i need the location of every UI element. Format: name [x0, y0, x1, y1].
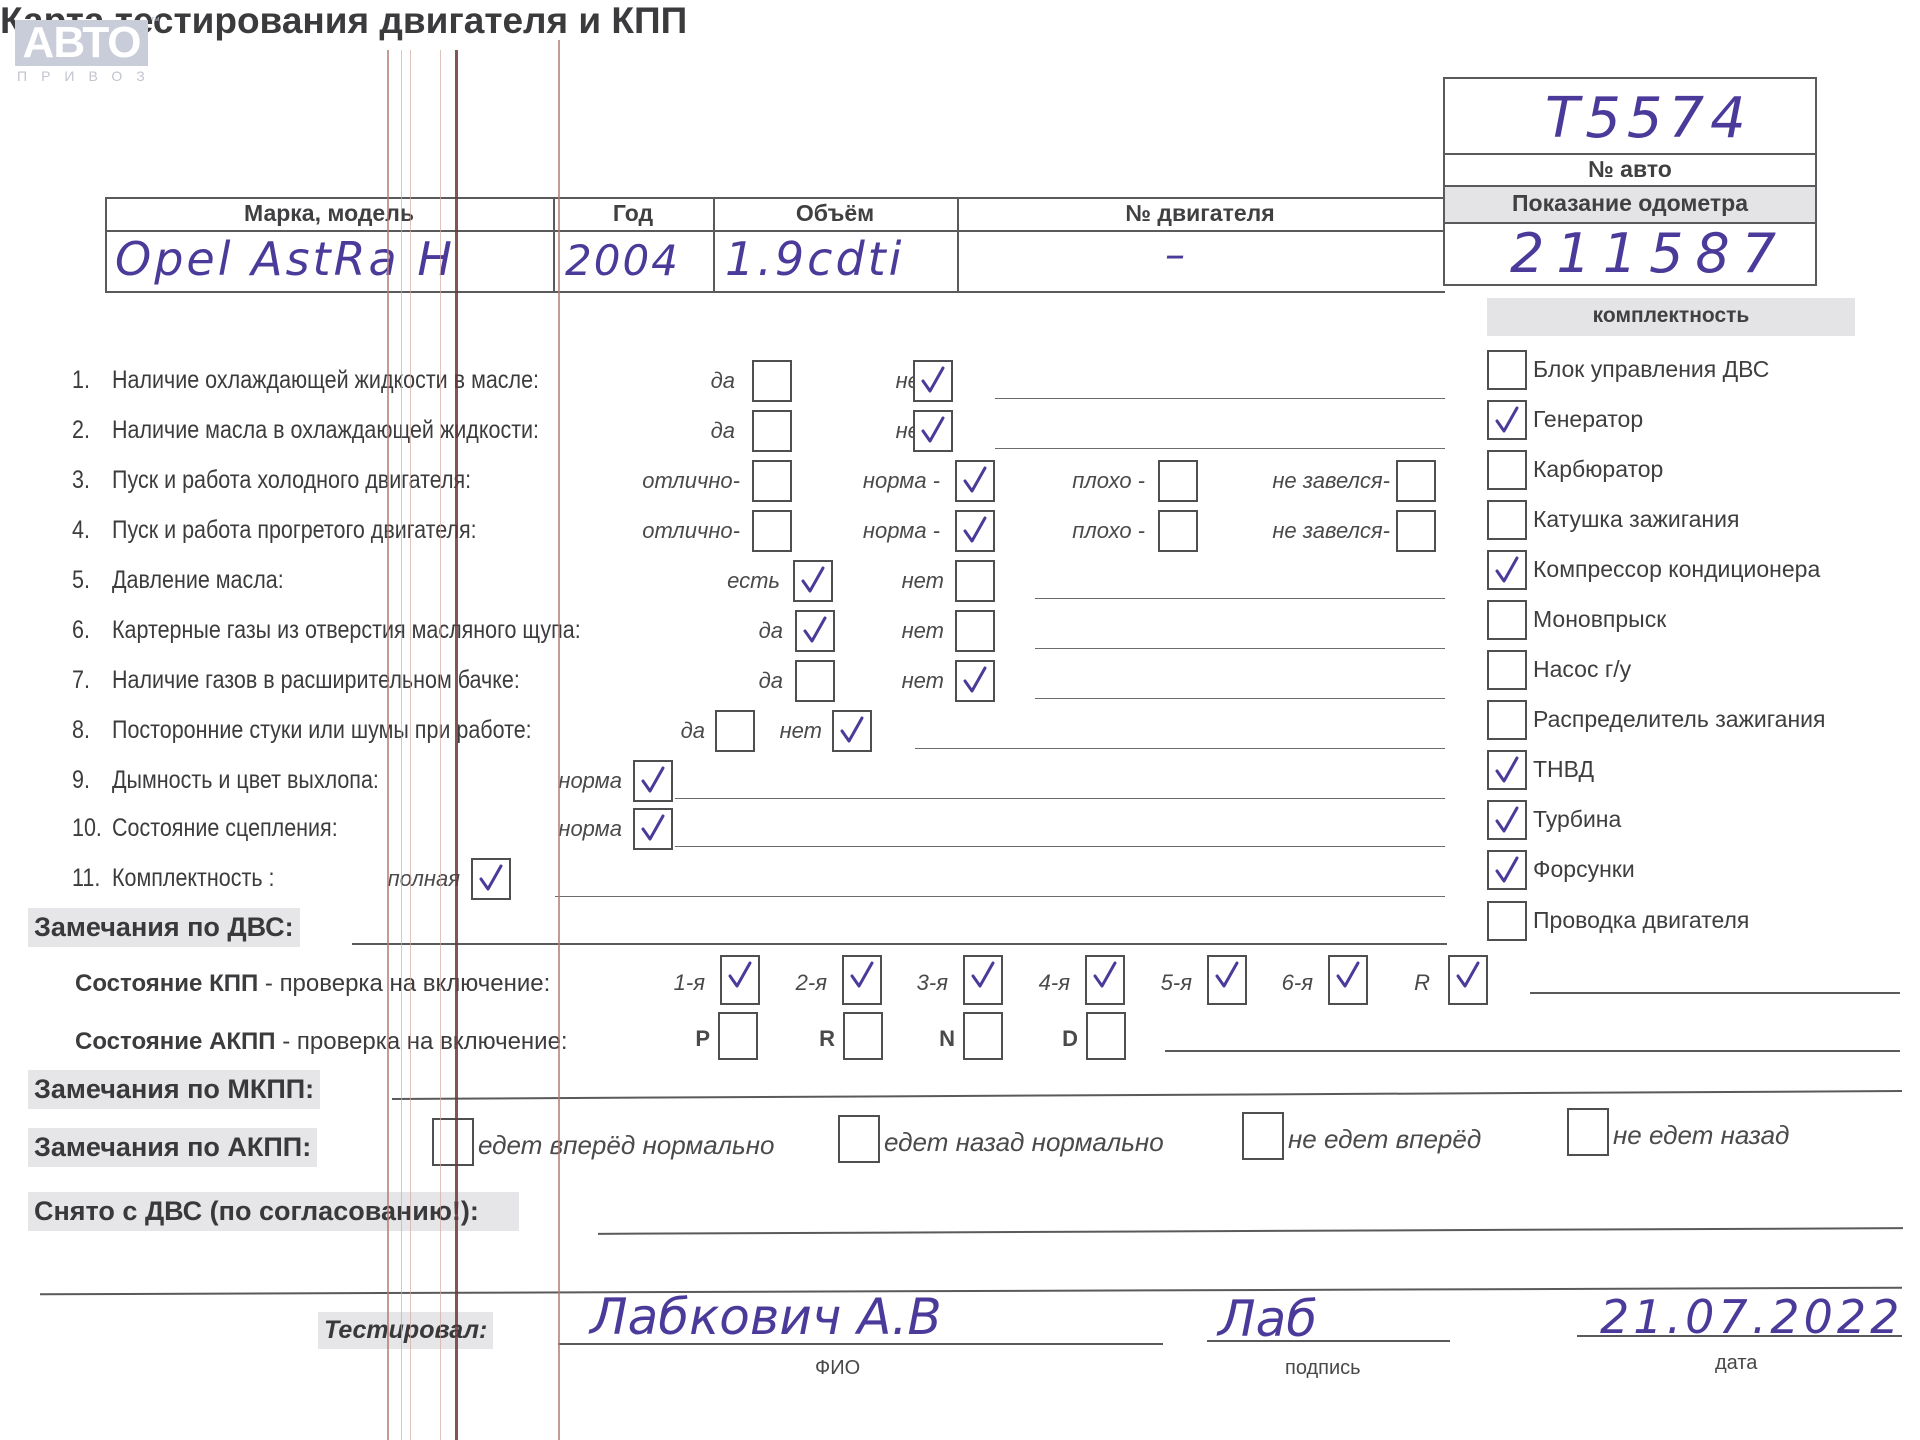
check-notes-line[interactable]	[1035, 648, 1445, 649]
completeness-checkbox[interactable]	[1487, 850, 1527, 890]
completeness-checkbox[interactable]	[1487, 600, 1527, 640]
date-caption: дата	[1715, 1352, 1757, 1375]
car-id-label: № авто	[1443, 156, 1817, 183]
checkmark-icon	[1494, 555, 1520, 585]
auto-mode-label: R	[819, 1026, 835, 1052]
check-notes-line[interactable]	[915, 748, 1445, 749]
completeness-item-label: Катушка зажигания	[1533, 506, 1739, 533]
check-option-label: отлично-	[642, 468, 740, 494]
check-notes-line[interactable]	[1035, 698, 1445, 699]
brand-logo: АВТО	[15, 20, 148, 66]
check-notes-line[interactable]	[555, 896, 1445, 897]
checkmark-icon	[478, 863, 504, 893]
check-option-label: норма -	[863, 518, 940, 544]
check-option-checkbox[interactable]	[752, 360, 792, 402]
checkmark-icon	[1494, 805, 1520, 835]
check-option-checkbox[interactable]	[955, 560, 995, 602]
mkpp-remarks-line[interactable]	[392, 1090, 1902, 1100]
check-option-checkbox[interactable]	[955, 610, 995, 652]
completeness-item-label: Распределитель зажигания	[1533, 706, 1825, 733]
check-option-checkbox[interactable]	[752, 410, 792, 452]
ice-remarks-line[interactable]	[352, 943, 1447, 945]
check-item-label: Наличие масла в охлаждающей жидкости:	[112, 416, 539, 445]
tester-name: Лабкович А.В	[590, 1288, 942, 1346]
check-notes-line[interactable]	[675, 846, 1445, 847]
gear-checkbox[interactable]	[1448, 955, 1488, 1005]
check-option-checkbox[interactable]	[1396, 510, 1436, 552]
check-item-number: 7.	[72, 666, 90, 695]
check-item-label: Давление масла:	[112, 566, 284, 595]
completeness-checkbox[interactable]	[1487, 700, 1527, 740]
trademark-mark: ™	[150, 16, 160, 27]
checkmark-icon	[1494, 755, 1520, 785]
tester-signature: Лаб	[1218, 1290, 1317, 1348]
check-option-label: плохо -	[1072, 518, 1145, 544]
check-item-number: 10.	[72, 814, 102, 843]
completeness-item-label: Форсунки	[1533, 856, 1635, 883]
gear-label: 5-я	[1161, 970, 1192, 996]
checkmark-icon	[1494, 405, 1520, 435]
year-value: 2004	[565, 236, 680, 285]
check-option-label: да	[711, 418, 735, 444]
check-option-checkbox[interactable]	[752, 510, 792, 552]
checkmark-icon	[920, 365, 946, 395]
mkpp-remarks-label: Замечания по МКПП:	[28, 1070, 320, 1109]
removed-label: Снято с ДВС (по согласованию!):	[28, 1192, 519, 1231]
auto-mode-checkbox[interactable]	[718, 1012, 758, 1060]
check-item-number: 9.	[72, 766, 90, 795]
akpp-remark-checkbox[interactable]	[1242, 1112, 1284, 1160]
checkmark-icon	[1214, 960, 1240, 990]
check-option-label: есть	[727, 568, 780, 594]
checkmark-icon	[1092, 960, 1118, 990]
ice-remarks-label: Замечания по ДВС:	[28, 908, 300, 947]
check-notes-line[interactable]	[995, 398, 1445, 399]
check-option-label: отлично-	[642, 518, 740, 544]
check-item-number: 4.	[72, 516, 90, 545]
check-option-checkbox[interactable]	[955, 460, 995, 502]
header-engine-number: № двигателя	[957, 200, 1443, 227]
check-notes-line[interactable]	[675, 798, 1445, 799]
header-make-model: Марка, модель	[105, 200, 553, 227]
check-option-checkbox[interactable]	[1396, 460, 1436, 502]
completeness-checkbox[interactable]	[1487, 350, 1527, 390]
checkmark-icon	[962, 665, 988, 695]
check-option-label: нет	[902, 568, 944, 594]
checkmark-icon	[1335, 960, 1361, 990]
check-option-checkbox[interactable]	[795, 660, 835, 702]
check-option-checkbox[interactable]	[633, 760, 673, 802]
auto-mode-checkbox[interactable]	[963, 1012, 1003, 1060]
akpp-remark-checkbox[interactable]	[838, 1115, 880, 1163]
check-item-label: Дымность и цвет выхлопа:	[112, 766, 379, 795]
check-option-checkbox[interactable]	[795, 610, 835, 652]
checkmark-icon	[1494, 855, 1520, 885]
odometer-label: Показание одометра	[1443, 190, 1817, 217]
checkmark-icon	[727, 960, 753, 990]
scan-artifact-line	[410, 50, 411, 1440]
checkmark-icon	[800, 565, 826, 595]
name-caption: ФИО	[815, 1357, 860, 1380]
completeness-checkbox[interactable]	[1487, 901, 1527, 941]
check-option-label: нет	[780, 718, 822, 744]
check-option-checkbox[interactable]	[913, 410, 953, 452]
check-option-checkbox[interactable]	[913, 360, 953, 402]
check-option-label: да	[759, 618, 783, 644]
gear-checkbox[interactable]	[963, 955, 1003, 1005]
signature-caption: подпись	[1285, 1357, 1361, 1380]
completeness-item-label: Блок управления ДВС	[1533, 356, 1769, 383]
check-notes-line[interactable]	[995, 448, 1445, 449]
check-item-number: 3.	[72, 466, 90, 495]
check-option-checkbox[interactable]	[752, 460, 792, 502]
manual-gearbox-label: Состояние КПП - проверка на включение:	[75, 970, 550, 998]
check-option-label: да	[681, 718, 705, 744]
completeness-checkbox[interactable]	[1487, 750, 1527, 790]
checkmark-icon	[1455, 960, 1481, 990]
akpp-remark-checkbox[interactable]	[1567, 1108, 1609, 1156]
auto-mode-checkbox[interactable]	[843, 1012, 883, 1060]
check-option-label: полная	[388, 866, 460, 892]
completeness-item-label: Компрессор кондиционера	[1533, 556, 1820, 583]
completeness-checkbox[interactable]	[1487, 450, 1527, 490]
completeness-title: комплектность	[1487, 304, 1855, 328]
check-item-number: 2.	[72, 416, 90, 445]
gear-label: 4-я	[1039, 970, 1070, 996]
check-item-label: Пуск и работа прогретого двигателя:	[112, 516, 477, 545]
check-option-checkbox[interactable]	[1158, 460, 1198, 502]
gear-checkbox[interactable]	[842, 955, 882, 1005]
scan-artifact-line	[440, 50, 441, 1440]
removed-line[interactable]	[598, 1227, 1903, 1235]
completeness-checkbox[interactable]	[1487, 500, 1527, 540]
check-item-number: 6.	[72, 616, 90, 645]
akpp-remarks-label: Замечания по АКПП:	[28, 1128, 317, 1167]
completeness-item-label: Карбюратор	[1533, 456, 1663, 483]
completeness-checkbox[interactable]	[1487, 550, 1527, 590]
completeness-item-label: Моновпрыск	[1533, 606, 1666, 633]
check-option-label: нет	[902, 618, 944, 644]
brand-logo-subtitle: ПРИВОЗ	[17, 68, 150, 84]
checkmark-icon	[802, 615, 828, 645]
gear-checkbox[interactable]	[720, 955, 760, 1005]
check-item-label: Посторонние стуки или шумы при работе:	[112, 716, 532, 745]
check-item-label: Картерные газы из отверстия масляного щу…	[112, 616, 581, 645]
checkmark-icon	[839, 715, 865, 745]
gear-checkbox[interactable]	[1085, 955, 1125, 1005]
test-date: 21.07.2022	[1600, 1290, 1903, 1344]
akpp-remark-label: не едет назад	[1613, 1120, 1789, 1151]
checkmark-icon	[962, 465, 988, 495]
check-option-label: норма	[558, 768, 622, 794]
checkmark-icon	[640, 765, 666, 795]
check-option-checkbox[interactable]	[832, 710, 872, 752]
scan-artifact-line	[455, 50, 458, 1440]
checkmark-icon	[849, 960, 875, 990]
check-item-label: Состояние сцепления:	[112, 814, 338, 843]
completeness-checkbox[interactable]	[1487, 650, 1527, 690]
check-item-label: Наличие газов в расширительном бачке:	[112, 666, 520, 695]
gear-label: 1-я	[674, 970, 705, 996]
completeness-checkbox[interactable]	[1487, 800, 1527, 840]
scan-artifact-line	[558, 40, 560, 1440]
akpp-remark-label: едет вперёд нормально	[478, 1130, 774, 1161]
auto-mode-label: D	[1062, 1026, 1078, 1052]
akpp-remark-checkbox[interactable]	[432, 1118, 474, 1166]
completeness-item-label: Турбина	[1533, 806, 1621, 833]
auto-mode-checkbox[interactable]	[1086, 1012, 1126, 1060]
checkmark-icon	[920, 415, 946, 445]
check-option-checkbox[interactable]	[955, 660, 995, 702]
check-item-number: 1.	[72, 366, 90, 395]
check-option-label: не завелся-	[1272, 468, 1390, 494]
auto-gearbox-label: Состояние АКПП - проверка на включение:	[75, 1028, 568, 1056]
check-option-label: норма	[558, 816, 622, 842]
make-model-value: Opel AstRa H	[115, 232, 455, 286]
akpp-remark-label: не едет вперёд	[1288, 1124, 1481, 1155]
completeness-item-label: Генератор	[1533, 406, 1643, 433]
check-option-label: да	[711, 368, 735, 394]
completeness-item-label: ТНВД	[1533, 756, 1594, 783]
check-option-label: нет	[902, 668, 944, 694]
completeness-checkbox[interactable]	[1487, 400, 1527, 440]
check-item-number: 11.	[72, 864, 100, 893]
check-option-checkbox[interactable]	[715, 710, 755, 752]
gear-checkbox[interactable]	[1328, 955, 1368, 1005]
checkmark-icon	[962, 515, 988, 545]
checkmark-icon	[640, 813, 666, 843]
tested-by-label: Тестировал:	[318, 1312, 493, 1349]
check-option-label: не завелся-	[1272, 518, 1390, 544]
odometer-value: 211587	[1510, 222, 1788, 285]
check-item-number: 8.	[72, 716, 90, 745]
gear-label: R	[1414, 970, 1430, 996]
check-option-checkbox[interactable]	[1158, 510, 1198, 552]
check-notes-line[interactable]	[1035, 598, 1445, 599]
scan-artifact-line	[387, 50, 389, 1440]
header-volume: Объём	[713, 200, 957, 227]
scan-artifact-line	[401, 50, 402, 1440]
check-option-checkbox[interactable]	[471, 858, 511, 900]
auto-mode-label: P	[695, 1026, 710, 1052]
akpp-remark-label: едет назад нормально	[884, 1127, 1164, 1158]
engine-number-value: –	[1165, 232, 1185, 278]
check-option-label: норма -	[863, 468, 940, 494]
gear-checkbox[interactable]	[1207, 955, 1247, 1005]
gear-label: 3-я	[917, 970, 948, 996]
header-year: Год	[553, 200, 713, 227]
manual-gearbox-notes-line[interactable]	[1530, 992, 1900, 994]
auto-gearbox-notes-line[interactable]	[1165, 1050, 1900, 1052]
check-option-checkbox[interactable]	[955, 510, 995, 552]
check-item-label: Комплектность :	[112, 864, 274, 893]
page-title: Карта тестирования двигателя и КПП	[0, 0, 1920, 42]
auto-mode-label: N	[939, 1026, 955, 1052]
car-id-value: T5574	[1545, 86, 1752, 151]
check-item-label: Пуск и работа холодного двигателя:	[112, 466, 471, 495]
gear-label: 2-я	[796, 970, 827, 996]
volume-value: 1.9cdti	[725, 232, 904, 286]
check-option-label: да	[759, 668, 783, 694]
check-option-label: плохо -	[1072, 468, 1145, 494]
checkmark-icon	[970, 960, 996, 990]
check-item-label: Наличие охлаждающей жидкости в масле:	[112, 366, 539, 395]
check-option-checkbox[interactable]	[633, 808, 673, 850]
check-option-checkbox[interactable]	[793, 560, 833, 602]
check-item-number: 5.	[72, 566, 90, 595]
gear-label: 6-я	[1282, 970, 1313, 996]
completeness-item-label: Проводка двигателя	[1533, 907, 1749, 934]
completeness-item-label: Насос г/у	[1533, 656, 1631, 683]
